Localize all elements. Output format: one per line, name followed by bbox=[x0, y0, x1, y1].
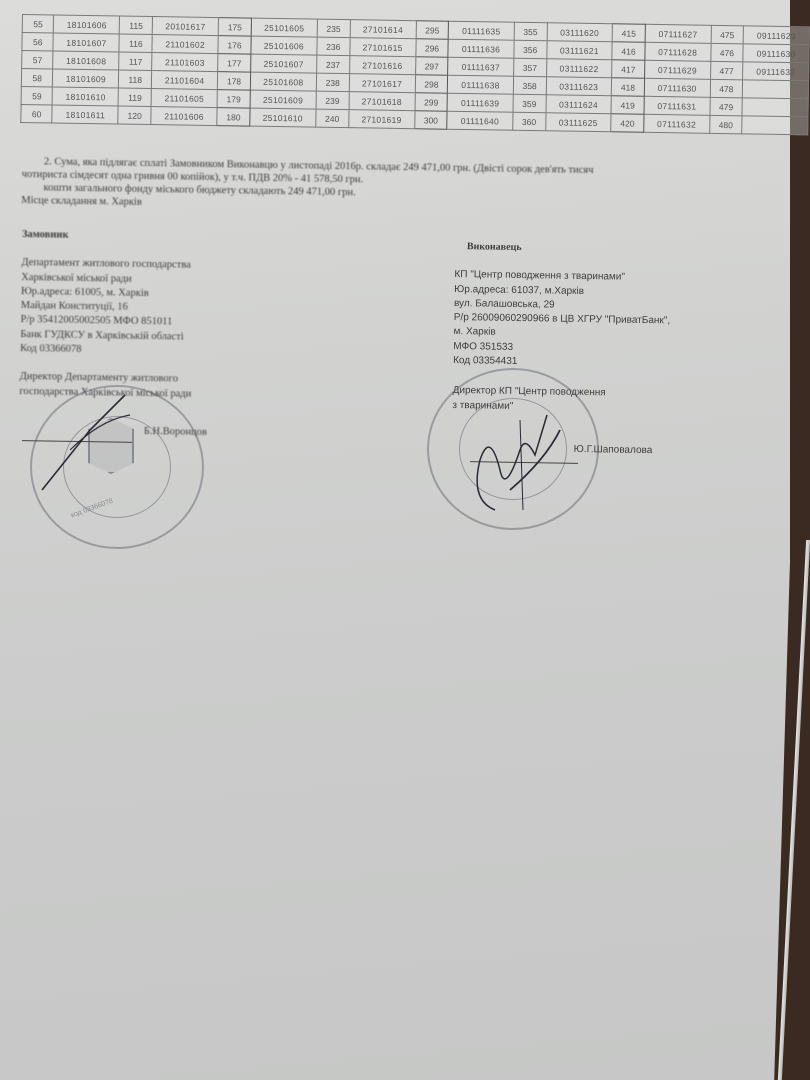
table-cell-code: 20101617 bbox=[152, 17, 218, 36]
table-cell-index: 360 bbox=[513, 112, 546, 131]
customer-heading: Замовник bbox=[22, 228, 262, 246]
table-cell-index: 117 bbox=[119, 52, 152, 71]
table-cell-code: 18101607 bbox=[53, 33, 119, 52]
table-cell-index: 175 bbox=[218, 18, 251, 37]
table-cell-index: 355 bbox=[514, 22, 547, 41]
table-cell-index: 116 bbox=[119, 34, 152, 53]
contractor-signature bbox=[465, 410, 595, 520]
table-cell-index: 420 bbox=[611, 114, 644, 133]
table-cell-index: 239 bbox=[316, 91, 349, 110]
table-cell-code: 03111624 bbox=[546, 95, 612, 114]
table-cell-code: 21101602 bbox=[152, 35, 218, 54]
table-cell-index: 415 bbox=[612, 24, 645, 43]
table-cell-index: 477 bbox=[710, 61, 743, 80]
table-cell-index: 58 bbox=[21, 69, 53, 87]
table-cell-index: 418 bbox=[611, 78, 644, 97]
table-cell-code: 18101608 bbox=[53, 51, 119, 70]
table-cell-code: 18101606 bbox=[54, 15, 120, 34]
table-cell-index: 416 bbox=[612, 42, 645, 61]
table-cell-code: 07111632 bbox=[644, 114, 710, 133]
table-cell-code: 07111629 bbox=[645, 60, 711, 79]
table-cell-index: 177 bbox=[218, 54, 251, 73]
table-cell-code: 03111623 bbox=[546, 77, 612, 96]
table-cell-code: 18101609 bbox=[53, 69, 119, 88]
table-cell-index: 475 bbox=[711, 25, 744, 44]
table-cell-index: 115 bbox=[120, 16, 153, 35]
table-cell-code: 01111640 bbox=[447, 111, 513, 130]
table-cell-index: 238 bbox=[316, 73, 349, 92]
table-cell-index: 419 bbox=[611, 96, 644, 115]
table-cell-code: 25101609 bbox=[250, 90, 316, 109]
table-cell-code bbox=[743, 80, 809, 99]
table-cell-index: 59 bbox=[21, 86, 53, 104]
table-cell-index: 298 bbox=[415, 75, 448, 94]
table-cell-code: 25101607 bbox=[251, 54, 317, 73]
table-cell-index: 358 bbox=[513, 76, 546, 95]
table-cell-code: 09111632 bbox=[743, 62, 809, 81]
table-cell-index: 295 bbox=[416, 21, 449, 40]
table-cell-code: 27101616 bbox=[349, 56, 415, 75]
table-cell-code: 07111627 bbox=[645, 24, 711, 43]
table-cell-index: 356 bbox=[514, 40, 547, 59]
table-cell-code: 03111625 bbox=[545, 113, 611, 132]
table-cell-index: 236 bbox=[317, 37, 350, 56]
table-cell-code bbox=[742, 116, 808, 135]
table-cell-index: 240 bbox=[316, 109, 349, 128]
table-cell-code: 07111630 bbox=[644, 78, 710, 97]
table-cell-index: 359 bbox=[513, 94, 546, 113]
table-cell-code: 01111635 bbox=[449, 21, 515, 40]
customer-signature bbox=[30, 390, 150, 500]
table-cell-index: 237 bbox=[316, 55, 349, 74]
codes-table: 5518101606115201016171752510160523527101… bbox=[20, 14, 810, 135]
table-cell-code: 03111621 bbox=[546, 41, 612, 60]
table-cell-code: 25101608 bbox=[250, 72, 316, 91]
table-cell-index: 55 bbox=[22, 15, 54, 33]
table-cell-code: 27101614 bbox=[350, 20, 416, 39]
table-cell-code: 01111637 bbox=[448, 57, 514, 76]
codes-table-body: 5518101606115201016171752510160523527101… bbox=[21, 15, 810, 135]
table-cell-index: 297 bbox=[415, 57, 448, 76]
table-cell-index: 56 bbox=[22, 33, 54, 51]
table-cell-index: 476 bbox=[710, 43, 743, 62]
table-cell-code: 01111638 bbox=[448, 75, 514, 94]
table-cell-code: 07111631 bbox=[644, 96, 710, 115]
table-cell-index: 120 bbox=[118, 106, 151, 125]
table-cell-index: 357 bbox=[513, 58, 546, 77]
table-cell-index: 299 bbox=[415, 93, 448, 112]
table-cell-index: 417 bbox=[612, 60, 645, 79]
table-cell-index: 300 bbox=[414, 111, 447, 130]
table-cell-index: 478 bbox=[710, 79, 743, 98]
table-cell-code: 09111629 bbox=[743, 26, 809, 45]
table-cell-index: 119 bbox=[118, 88, 151, 107]
table-cell-code: 03111622 bbox=[546, 59, 612, 78]
table-cell-index: 178 bbox=[217, 72, 250, 91]
table-cell-code: 09111630 bbox=[743, 44, 809, 63]
table-cell-index: 118 bbox=[119, 70, 152, 89]
table-cell-code: 21101606 bbox=[151, 107, 217, 126]
table-cell-index: 176 bbox=[218, 36, 251, 55]
table-cell-code: 25101610 bbox=[250, 108, 316, 127]
table-cell-code: 01111636 bbox=[448, 39, 514, 58]
table-cell-index: 179 bbox=[217, 90, 250, 109]
table-cell-code: 18101610 bbox=[53, 87, 119, 106]
table-cell-index: 235 bbox=[317, 19, 350, 38]
table-cell-code: 27101617 bbox=[349, 74, 415, 93]
table-cell-code: 03111620 bbox=[547, 23, 613, 42]
table-cell-code: 25101606 bbox=[251, 36, 317, 55]
table-cell-index: 180 bbox=[217, 108, 250, 127]
table-cell-code bbox=[742, 98, 808, 117]
table-cell-code: 18101611 bbox=[52, 105, 118, 124]
table-cell-index: 57 bbox=[22, 51, 54, 69]
table-cell-index: 296 bbox=[415, 39, 448, 58]
table-cell-code: 21101605 bbox=[151, 89, 217, 108]
table-cell-code: 27101619 bbox=[348, 110, 414, 129]
table-cell-index: 479 bbox=[710, 97, 743, 116]
table-cell-index: 480 bbox=[709, 115, 742, 134]
table-cell-index: 60 bbox=[21, 104, 53, 122]
table-cell-code: 21101603 bbox=[152, 53, 218, 72]
table-cell-code: 25101605 bbox=[251, 18, 317, 37]
table-cell-code: 21101604 bbox=[152, 71, 218, 90]
table-cell-code: 07111628 bbox=[645, 42, 711, 61]
table-cell-code: 27101615 bbox=[350, 38, 416, 57]
table-cell-code: 01111639 bbox=[447, 93, 513, 112]
table-cell-code: 27101618 bbox=[349, 92, 415, 111]
